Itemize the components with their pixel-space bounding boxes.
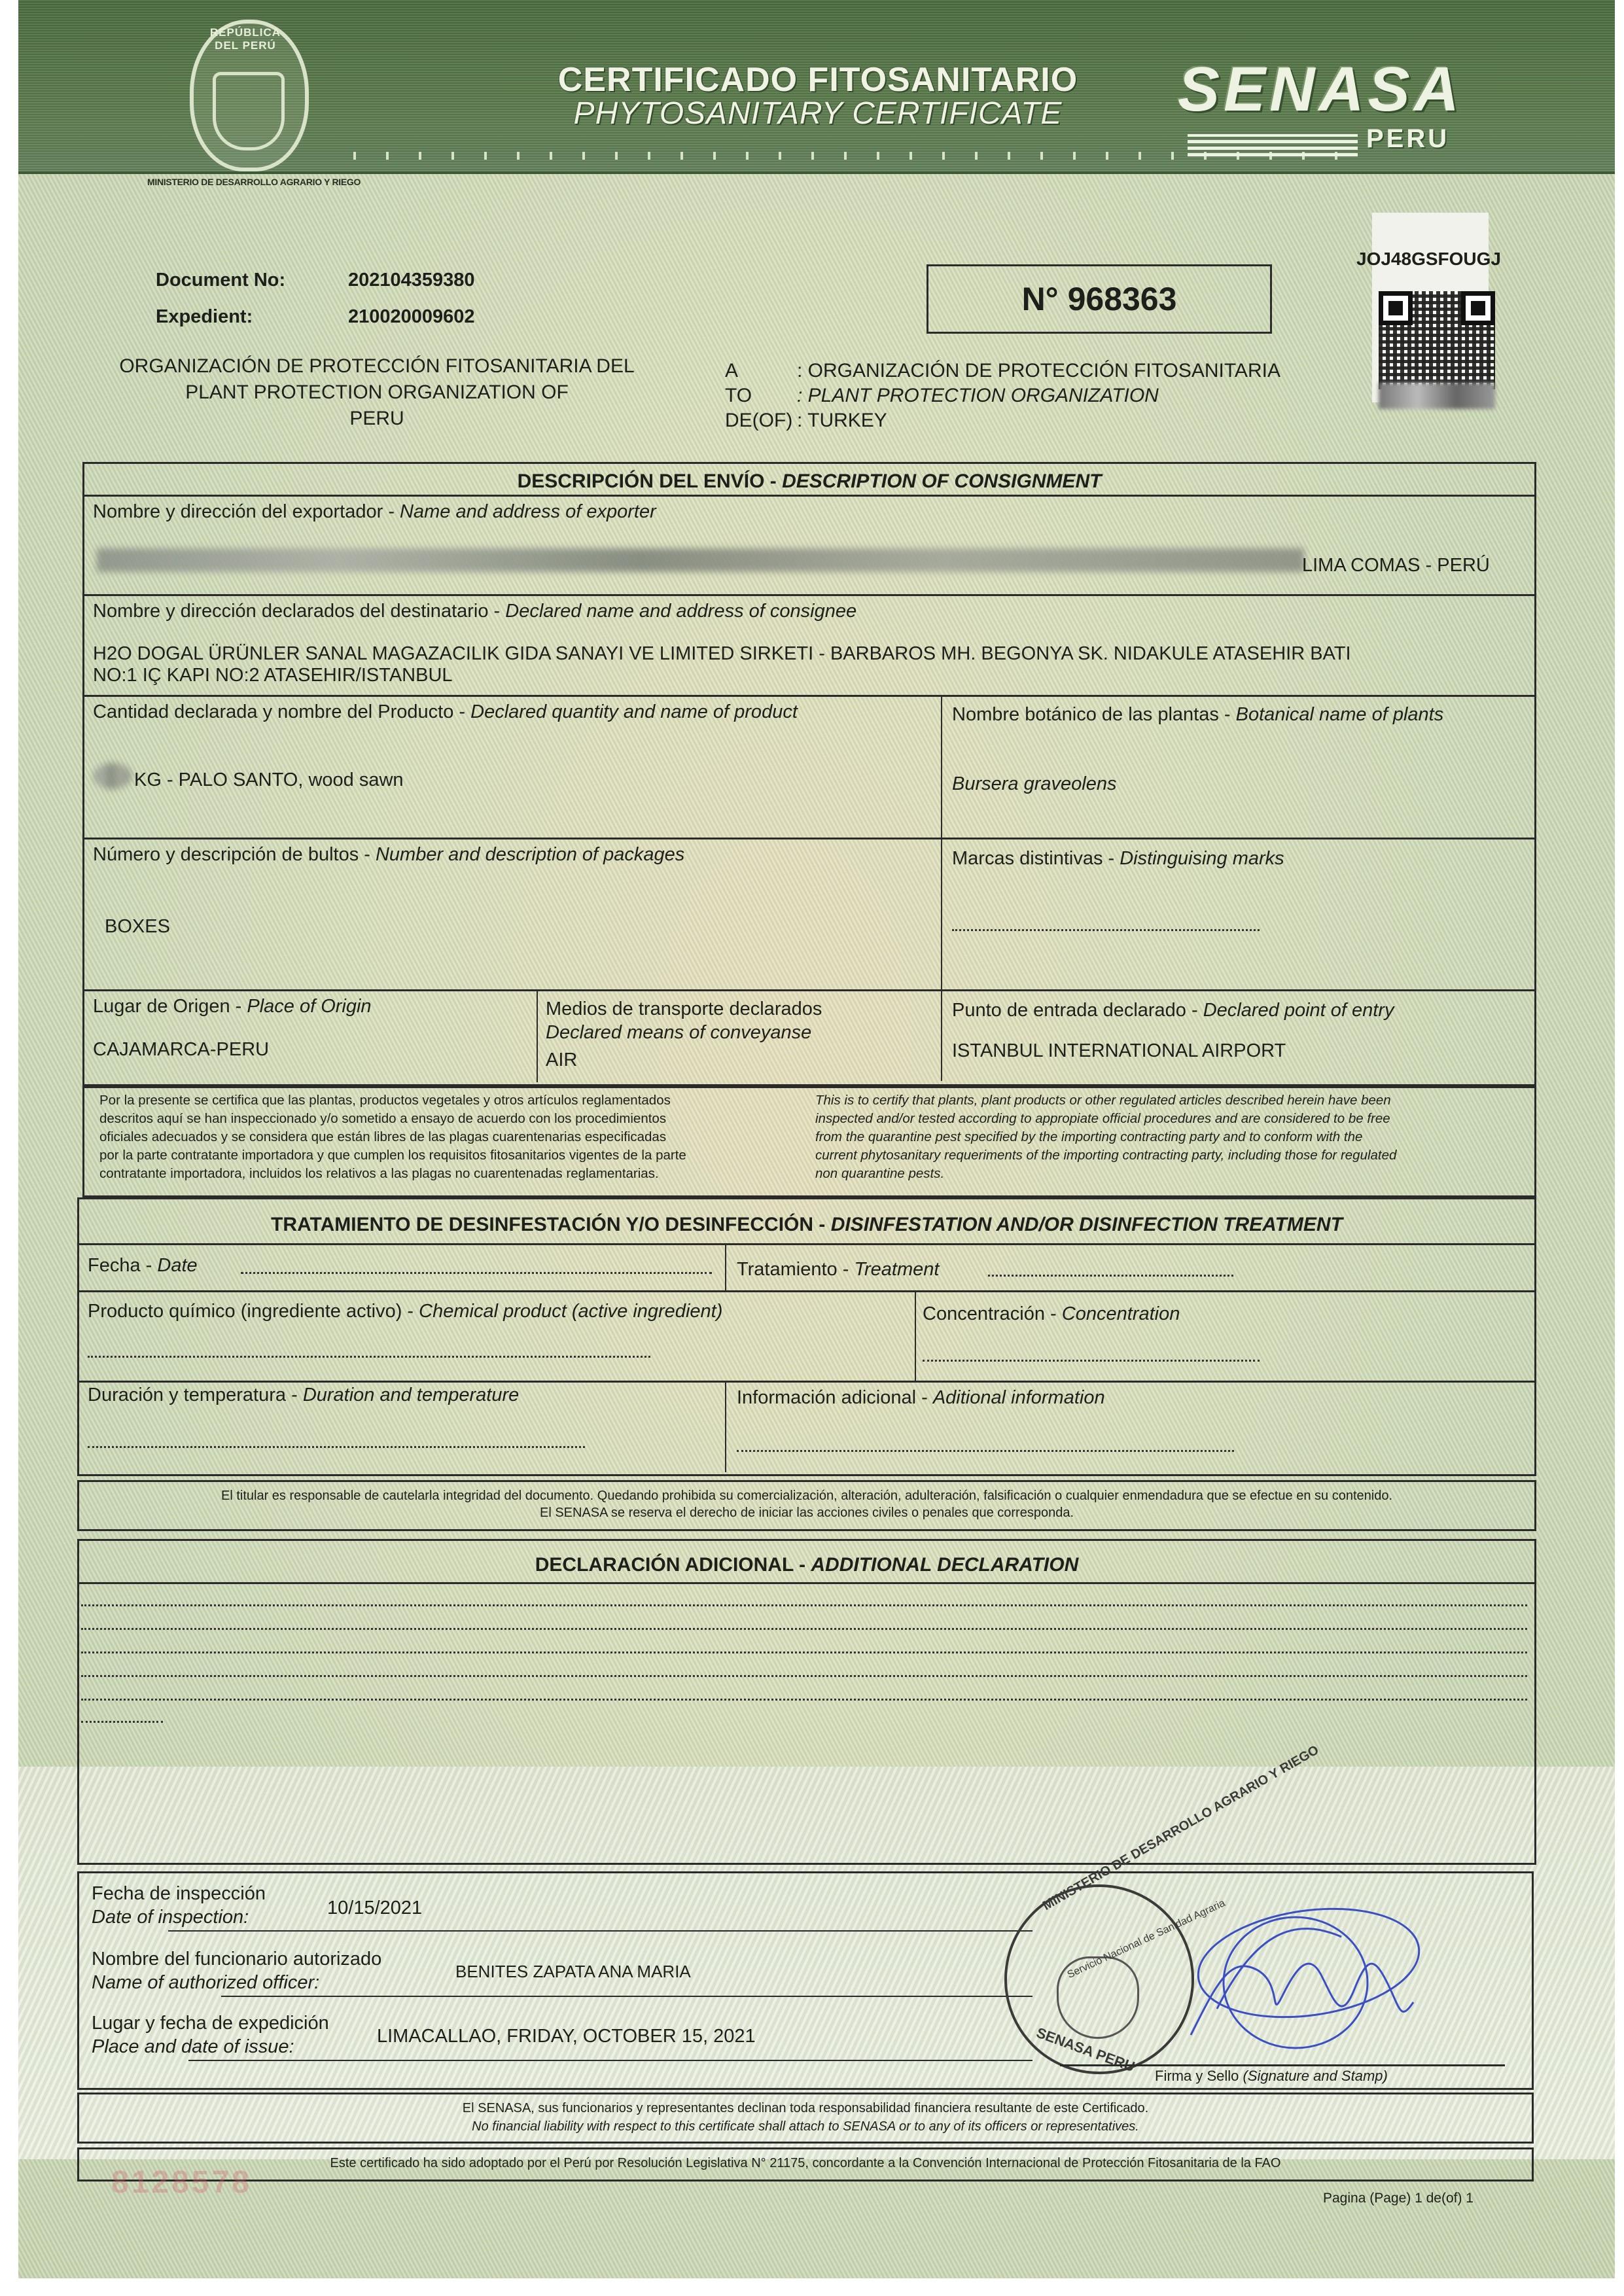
treatment-type-blank (988, 1275, 1233, 1277)
divider (82, 495, 1536, 497)
certification-line: descritos aquí se han inspeccionado y/o … (99, 1110, 686, 1128)
redacted-exporter (97, 548, 1304, 572)
declaration-line (81, 1628, 1527, 1630)
exporter-value: LIMA COMAS - PERÚ (1302, 555, 1490, 576)
certification-line: por la parte contratante importadora y q… (99, 1146, 686, 1165)
divider (77, 1381, 1536, 1383)
chemical-label: Producto químico (ingrediente activo) - … (88, 1301, 722, 1322)
serial-number-red: 8128578 (111, 2164, 252, 2200)
packages-label: Número y descripción de bultos - Number … (93, 844, 684, 866)
consignment-heading: DESCRIPCIÓN DEL ENVÍO - DESCRIPTION OF C… (84, 470, 1534, 493)
transport-label-en: Declared means of conveyanse (546, 1022, 811, 1044)
declaration-line (81, 1675, 1527, 1677)
expedient-label: Expedient: (156, 306, 253, 328)
column-divider (941, 695, 942, 1081)
title-spanish: CERTIFICADO FITOSANITARIO (550, 60, 1086, 99)
additional-declaration-heading: DECLARACIÓN ADICIONAL - ADDITIONAL DECLA… (79, 1554, 1534, 1576)
certification-line: inspected and/or tested according to app… (815, 1110, 1396, 1128)
divider (77, 1243, 1536, 1245)
botanical-label: Nombre botánico de las plantas - Botanic… (952, 704, 1443, 726)
destination-organization: A: ORGANIZACIÓN DE PROTECCIÓN FITOSANITA… (725, 359, 1280, 433)
redacted-area (1379, 383, 1495, 409)
certification-text-es: Por la presente se certifica que las pla… (99, 1091, 686, 1183)
treatment-date-blank (241, 1272, 712, 1274)
concentration-blank (923, 1360, 1260, 1362)
packages-value: BOXES (105, 916, 170, 938)
chemical-blank (88, 1356, 650, 1358)
of-value: : TURKEY (797, 410, 887, 431)
crest-text: REPÚBLICA DEL PERÚ (196, 26, 294, 52)
divider (77, 1582, 1536, 1584)
entry-value: ISTANBUL INTERNATIONAL AIRPORT (952, 1040, 1286, 1062)
consignee-label: Nombre y dirección declarados del destin… (93, 601, 856, 622)
consignee-line: H2O DOGAL ÜRÜNLER SANAL MAGAZACILIK GIDA… (93, 643, 1351, 665)
declaration-line (81, 1721, 163, 1723)
integrity-notice: El titular es responsable de cautelarla … (77, 1480, 1536, 1531)
to-value-es: : ORGANIZACIÓN DE PROTECCIÓN FITOSANITAR… (797, 360, 1280, 381)
duration-label: Duración y temperatura - Duration and te… (88, 1385, 519, 1406)
duration-blank (88, 1446, 585, 1448)
officer-label-es: Nombre del funcionario autorizado (92, 1949, 381, 1970)
of-label: DE(OF) (725, 408, 797, 433)
issue-label-en: Place and date of issue: (92, 2036, 294, 2058)
to-label-en: TO (725, 383, 797, 408)
signature-icon (1178, 1891, 1426, 2061)
treatment-type-label: Tratamiento - Treatment (737, 1259, 939, 1280)
origin-org-line: PLANT PROTECTION ORGANIZATION OF (89, 380, 665, 406)
officer-name: BENITES ZAPATA ANA MARIA (455, 1962, 691, 1982)
expedient-value: 210020009602 (348, 306, 475, 328)
treatment-date-label: Fecha - Date (88, 1255, 198, 1277)
origin-value: CAJAMARCA-PERU (93, 1039, 269, 1061)
botanical-value: Bursera graveolens (952, 773, 1116, 795)
treatment-heading: TRATAMIENTO DE DESINFESTACIÓN Y/O DESINF… (79, 1214, 1534, 1236)
column-divider (915, 1290, 916, 1381)
consignee-line: NO:1 IÇ KAPI NO:2 ATASEHIR/ISTANBUL (93, 665, 453, 686)
treatment-section: TRATAMIENTO DE DESINFESTACIÓN Y/O DESINF… (77, 1197, 1536, 1476)
integrity-line: El SENASA se reserva el derecho de inici… (79, 1504, 1534, 1522)
issue-value: LIMACALLAO, FRIDAY, OCTOBER 15, 2021 (377, 2026, 756, 2047)
certification-line: current phytosanitary requeriments of th… (815, 1146, 1396, 1165)
liability-en: No financial liability with respect to t… (79, 2119, 1532, 2134)
divider (77, 1290, 1536, 1292)
to-label-es: A (725, 359, 797, 383)
column-divider (725, 1381, 726, 1472)
ministry-label: MINISTERIO DE DESARROLLO AGRARIO Y RIEGO (147, 177, 361, 187)
qr-finder-icon (1379, 291, 1413, 325)
marks-label: Marcas distintivas - Distinguising marks (952, 848, 1284, 870)
signature-line (1060, 2064, 1505, 2066)
marks-blank (952, 929, 1260, 931)
column-divider (537, 989, 538, 1082)
senasa-logo-peru: PERU (1366, 124, 1449, 154)
quantity-label: Cantidad declarada y nombre del Producto… (93, 701, 798, 723)
to-value-en: : PLANT PROTECTION ORGANIZATION (797, 385, 1159, 406)
origin-org-line: PERU (89, 406, 665, 432)
adoption-text: Este certificado ha sido adoptado por el… (79, 2156, 1532, 2171)
declaration-line (81, 1699, 1527, 1701)
document-no-label: Document No: (156, 270, 285, 291)
certification-line: oficiales adecuados y se considera que e… (99, 1128, 686, 1146)
origin-org-line: ORGANIZACIÓN DE PROTECCIÓN FITOSANITARIA… (89, 353, 665, 380)
issue-label-es: Lugar y fecha de expedición (92, 2013, 329, 2034)
inspection-date-value: 10/15/2021 (327, 1898, 422, 1919)
certification-text-en: This is to certify that plants, plant pr… (815, 1091, 1396, 1183)
signature-caption: Firma y Sello (Signature and Stamp) (1155, 2068, 1388, 2085)
underline (169, 1930, 1033, 1932)
entry-label: Punto de entrada declarado - Declared po… (952, 1000, 1394, 1021)
senasa-logo: SENASA (1178, 54, 1463, 126)
certification-line: Por la presente se certifica que las pla… (99, 1091, 686, 1110)
liability-es: El SENASA, sus funcionarios y representa… (79, 2101, 1532, 2116)
shield-icon (213, 72, 285, 150)
declaration-line (81, 1651, 1527, 1653)
inspection-label-en: Date of inspection: (92, 1907, 249, 1928)
inspection-label-es: Fecha de inspección (92, 1883, 266, 1905)
adoption-notice: Este certificado ha sido adoptado por el… (77, 2147, 1534, 2181)
redacted-quantity (94, 763, 132, 789)
divider (82, 695, 1536, 697)
page-indicator: Pagina (Page) 1 de(of) 1 (1323, 2191, 1474, 2206)
declaration-line (81, 1604, 1527, 1606)
transport-label-es: Medios de transporte declarados (546, 998, 822, 1020)
column-divider (725, 1243, 726, 1290)
concentration-label: Concentración - Concentration (923, 1303, 1180, 1325)
additional-info-label: Información adicional - Aditional inform… (737, 1387, 1105, 1409)
origin-label: Lugar de Origen - Place of Origin (93, 996, 372, 1017)
divider (82, 838, 1536, 839)
officer-label-en: Name of authorized officer: (92, 1972, 319, 1994)
divider (82, 989, 1536, 991)
divider (82, 594, 1536, 596)
title-english: PHYTOSANITARY CERTIFICATE (550, 96, 1086, 132)
exporter-label: Nombre y dirección del exportador - Name… (93, 501, 656, 523)
additional-declaration-section: DECLARACIÓN ADICIONAL - ADDITIONAL DECLA… (77, 1539, 1536, 1865)
underline (221, 1996, 1033, 1997)
quantity-value: KG - PALO SANTO, wood sawn (134, 769, 404, 791)
verification-code: JOJ48GSFOUGJ (1356, 249, 1501, 270)
certification-line: from the quarantine pest specified by th… (815, 1128, 1396, 1146)
certification-line: contratante importadora, incluidos los r… (99, 1165, 686, 1183)
integrity-line: El titular es responsable de cautelarla … (79, 1487, 1534, 1505)
certificate-number: N° 968363 (927, 264, 1272, 334)
underline (188, 2060, 1033, 2061)
certification-line: This is to certify that plants, plant pr… (815, 1091, 1396, 1110)
document-no-value: 202104359380 (348, 270, 475, 291)
liability-notice: El SENASA, sus funcionarios y representa… (77, 2093, 1534, 2144)
origin-organization: ORGANIZACIÓN DE PROTECCIÓN FITOSANITARIA… (89, 353, 665, 432)
transport-value: AIR (546, 1050, 577, 1071)
additional-info-blank (737, 1450, 1234, 1452)
certification-line: non quarantine pests. (815, 1165, 1396, 1183)
qr-finder-icon (1461, 291, 1495, 325)
logo-stripes (1188, 134, 1358, 156)
